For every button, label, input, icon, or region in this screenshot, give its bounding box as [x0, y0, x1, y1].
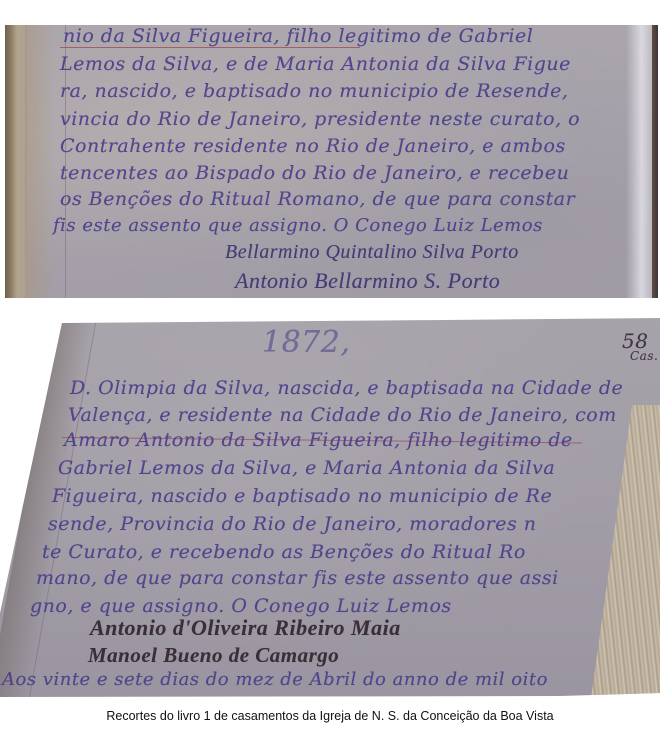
manuscript-line: mano, de que para constar fis este assen… — [36, 567, 559, 589]
manuscript-line: os Benções do Ritual Romano, de que para… — [60, 188, 575, 210]
signature: Bellarmino Quintalino Silva Porto — [225, 241, 519, 264]
manuscript-line: Figueira, nascido e baptisado no municip… — [52, 485, 552, 507]
manuscript-line: ra, nascido, e baptisado no municipio de… — [60, 80, 568, 102]
manuscript-line: sende, Provincia do Rio de Janeiro, mora… — [48, 513, 537, 535]
manuscript-line: vincia do Rio de Janeiro, presidente nes… — [60, 108, 580, 130]
manuscript-line: nio da Silva Figueira, filho legitimo de… — [63, 25, 533, 47]
manuscript-line: Amaro Antonio da Silva Figueira, filho l… — [64, 429, 573, 451]
page-stain — [25, 25, 55, 298]
manuscript-line: D. Olimpia da Silva, nascida, e baptisad… — [70, 377, 623, 399]
signature: Manoel Bueno de Camargo — [88, 643, 339, 668]
signature: Antonio Bellarmino S. Porto — [235, 268, 500, 294]
year-heading: 1872, — [262, 325, 350, 360]
torn-page-edge — [5, 25, 27, 298]
manuscript-line: gno, e que assigno. O Conego Luiz Lemos — [30, 595, 452, 617]
manuscript-line: tencentes ao Bispado do Rio de Janeiro, … — [60, 162, 569, 184]
page-highlight — [626, 25, 652, 298]
manuscript-line: Valença, e residente na Cidade do Rio de… — [68, 404, 617, 426]
separator-rule — [60, 47, 360, 48]
manuscript-line: te Curato, e recebendo as Benções do Rit… — [42, 541, 526, 563]
manuscript-excerpt-bottom: 1872, 58 Cas. D. Olimpia da Silva, nasci… — [0, 315, 660, 697]
book-binding-edge — [652, 25, 658, 298]
manuscript-line: Lemos da Silva, e de Maria Antonia da Si… — [60, 53, 571, 75]
manuscript-line: Gabriel Lemos da Silva, e Maria Antonia … — [58, 457, 555, 479]
manuscript-line: Aos vinte e sete dias do mez de Abril do… — [2, 669, 548, 690]
page-label: Cas. — [630, 349, 658, 363]
signature: Antonio d'Oliveira Ribeiro Maia — [90, 615, 401, 641]
manuscript-excerpt-top: nio da Silva Figueira, filho legitimo de… — [5, 25, 658, 298]
manuscript-line: Contrahente residente no Rio de Janeiro,… — [60, 135, 566, 157]
figure-caption: Recortes do livro 1 de casamentos da Igr… — [0, 709, 660, 723]
manuscript-line: fis este assento que assigno. O Conego L… — [53, 215, 543, 236]
